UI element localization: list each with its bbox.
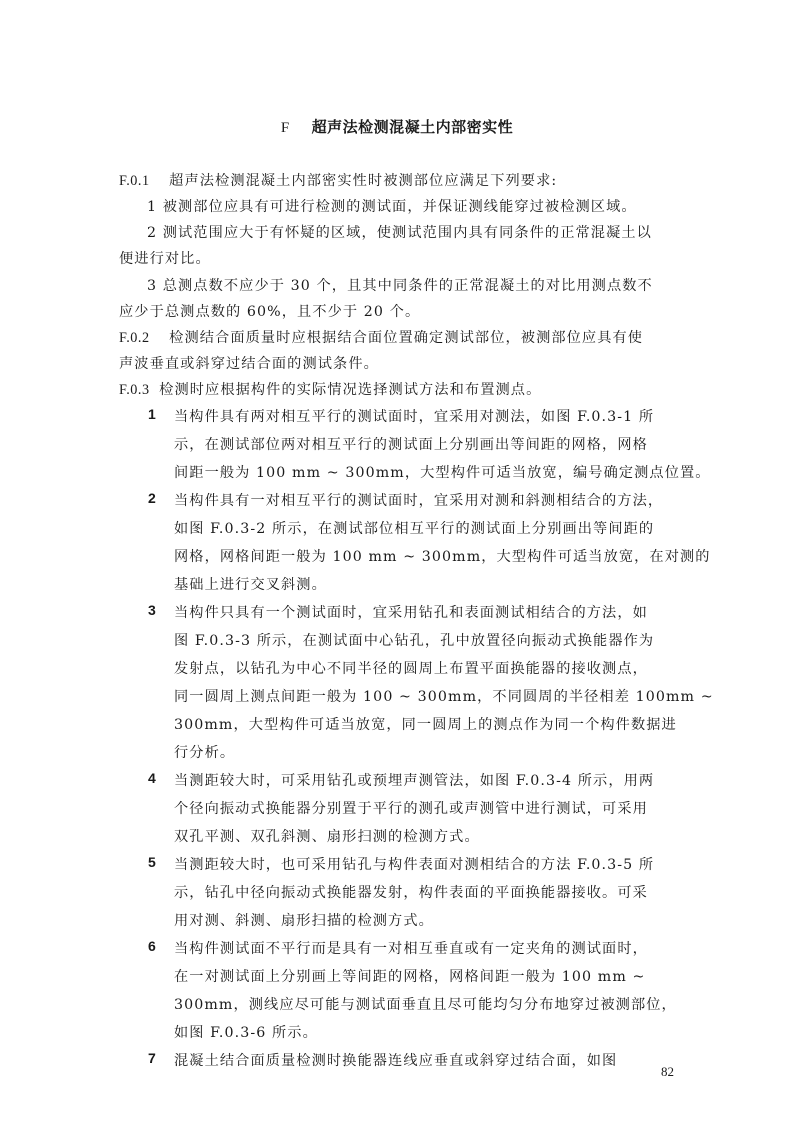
item-1-line-2: 示，在测试部位两对相互平行的测试面上分别画出等间距的网格，网格 xyxy=(174,434,648,454)
item-6-line-2: 在一对测试面上分别画上等间距的网格，网格间距一般为 100 mm ~ xyxy=(174,966,646,986)
item-3-line-4: 同一圆周上测点间距一般为 100 ~ 300mm，不同圆周的半径相差 100mm… xyxy=(174,686,714,706)
item-5-line-3: 用对测、斜测、扇形扫描的检测方式。 xyxy=(174,910,434,930)
item-5-line-1: 当测距较大时，也可采用钻孔与构件表面对测相结合的方法 F.0.3-5 所 xyxy=(174,854,654,874)
item-3-line-5: 300mm，大型构件可适当放宽，同一圆周上的测点作为同一个构件数据进 xyxy=(174,714,677,734)
clause-number: F.0.1 xyxy=(119,173,150,189)
item-6-line-3: 300mm，测线应尽可能与测试面垂直且尽可能均匀分布地穿过被测部位， xyxy=(174,994,677,1014)
clause-f01-item-3-line-2: 应少于总测点数的 60%，且不少于 20 个。 xyxy=(119,301,420,321)
appendix-letter: F xyxy=(281,120,290,136)
item-2-line-1: 当构件具有一对相互平行的测试面时，宜采用对测和斜测相结合的方法， xyxy=(174,490,663,510)
clause-text: 超声法检测混凝土内部密实性时被测部位应满足下列要求: xyxy=(169,173,557,189)
item-7-line-1: 混凝土结合面质量检测时换能器连线应垂直或斜穿过结合面，如图 xyxy=(174,1050,617,1070)
item-3-line-3: 发射点，以钻孔为中心不同半径的圆周上布置平面换能器的接收测点， xyxy=(174,658,648,678)
item-4-line-1: 当测距较大时，可采用钻孔或预埋声测管法，如图 F.0.3-4 所示，用两 xyxy=(174,770,654,790)
clause-number: F.0.2 xyxy=(119,330,150,346)
clause-number: F.0.3 xyxy=(119,382,150,398)
item-number: 2 xyxy=(148,490,156,506)
item-2-line-4: 基础上进行交叉斜测。 xyxy=(174,574,327,594)
clause-text: 检测结合面质量时应根据结合面位置确定测试部位，被测部位应具有使 xyxy=(169,330,643,346)
clause-f03-heading: F.0.3 检测时应根据构件的实际情况选择测试方法和布置测点。 xyxy=(119,379,541,399)
item-number: 1 xyxy=(148,406,156,422)
clause-f01-item-3-line-1: 3 总测点数不应少于 30 个，且其中同条件的正常混凝土的对比用测点数不 xyxy=(147,275,653,295)
item-3-line-1: 当构件只具有一个测试面时，宜采用钻孔和表面测试相结合的方法，如 xyxy=(174,602,648,622)
item-number: 6 xyxy=(148,938,156,954)
item-2-line-3: 网格，网格间距一般为 100 mm ~ 300mm，大型构件可适当放宽，在对测的 xyxy=(174,546,711,566)
item-number: 4 xyxy=(148,770,156,786)
item-3-line-2: 图 F.0.3-3 所示，在测试面中心钻孔，孔中放置径向振动式换能器作为 xyxy=(174,630,654,650)
document-page: F超声法检测混凝土内部密实性 F.0.1 超声法检测混凝土内部密实性时被测部位应… xyxy=(0,0,794,1123)
page-number: 82 xyxy=(661,1064,674,1080)
clause-text: 检测时应根据构件的实际情况选择测试方法和布置测点。 xyxy=(159,382,541,398)
item-number: 7 xyxy=(148,1050,156,1066)
clause-f01-item-1-line-1: 1 被测部位应具有可进行检测的测试面，并保证测线能穿过被检测区域。 xyxy=(147,196,637,216)
clause-f01-item-2-line-1: 2 测试范围应大于有怀疑的区域，使测试范围内具有同条件的正常混凝土以 xyxy=(147,222,652,242)
item-2-line-2: 如图 F.0.3-2 所示，在测试部位相互平行的测试面上分别画出等间距的 xyxy=(174,518,654,538)
item-1-line-1: 当构件具有两对相互平行的测试面时，宜采用对测法，如图 F.0.3-1 所 xyxy=(174,406,654,426)
clause-f01-heading: F.0.1 超声法检测混凝土内部密实性时被测部位应满足下列要求: xyxy=(119,170,557,190)
clause-f02-line-1: F.0.2 检测结合面质量时应根据结合面位置确定测试部位，被测部位应具有使 xyxy=(119,327,643,347)
item-4-line-3: 双孔平测、双孔斜测、扇形扫测的检测方式。 xyxy=(174,826,480,846)
item-number: 5 xyxy=(148,854,156,870)
clause-f01-item-2-line-2: 便进行对比。 xyxy=(119,248,211,268)
appendix-title: F超声法检测混凝土内部密实性 xyxy=(0,116,794,137)
item-5-line-2: 示，钻孔中径向振动式换能器发射，构件表面的平面换能器接收。可采 xyxy=(174,882,648,902)
clause-f02-line-2: 声波垂直或斜穿过结合面的测试条件。 xyxy=(119,353,379,373)
item-6-line-4: 如图 F.0.3-6 所示。 xyxy=(174,1022,318,1042)
item-6-line-1: 当构件测试面不平行而是具有一对相互垂直或有一定夹角的测试面时， xyxy=(174,938,648,958)
item-1-line-3: 间距一般为 100 mm ~ 300mm，大型构件可适当放宽，编号确定测点位置。 xyxy=(174,462,711,482)
item-3-line-6: 行分析。 xyxy=(174,742,235,762)
appendix-title-text: 超声法检测混凝土内部密实性 xyxy=(312,118,514,136)
item-4-line-2: 个径向振动式换能器分别置于平行的测孔或声测管中进行测试，可采用 xyxy=(174,798,648,818)
item-number: 3 xyxy=(148,602,156,618)
